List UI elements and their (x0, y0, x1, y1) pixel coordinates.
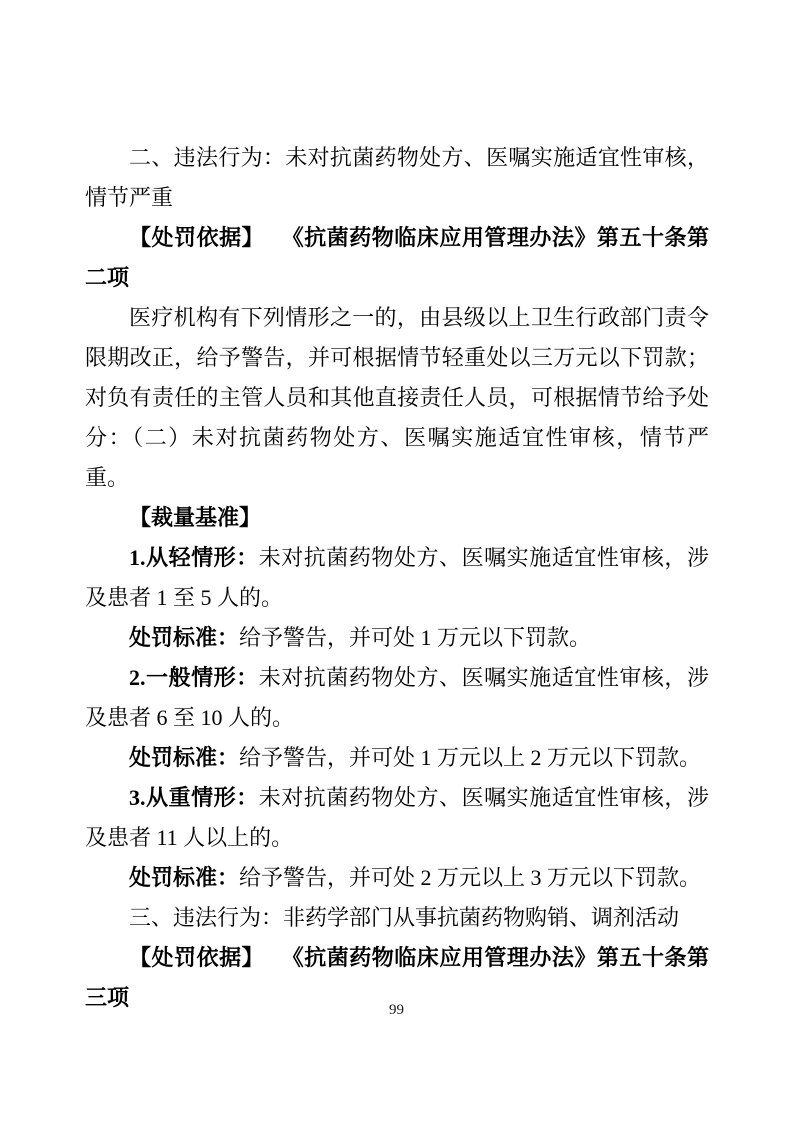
discretion-basis-label: 【裁量基准】 (129, 505, 261, 530)
penalty-standard-severe-label: 处罚标准： (129, 865, 239, 890)
severe-circumstance: 3.从重情形：未对抗菌药物处方、医嘱实施适宜性审核，涉及患者 11 人以上的。 (85, 778, 709, 858)
lenient-circumstance: 1.从轻情形：未对抗菌药物处方、医嘱实施适宜性审核，涉及患者 1 至 5 人的。 (85, 538, 709, 618)
penalty-standard-lenient-text: 给予警告，并可处 1 万元以下罚款。 (239, 625, 591, 650)
page-number: 99 (0, 1000, 793, 1020)
violation-heading-3: 三、违法行为：非药学部门从事抗菌药物购销、调剂活动 (85, 898, 709, 938)
legal-provision-body: 医疗机构有下列情形之一的，由县级以上卫生行政部门责令限期改正，给予警告，并可根据… (85, 305, 709, 490)
document-body: 二、违法行为：未对抗菌药物处方、医嘱实施适宜性审核，情节严重 【处罚依据】《抗菌… (85, 138, 709, 1018)
penalty-standard-severe-text: 给予警告，并可处 2 万元以上 3 万元以下罚款。 (239, 865, 701, 890)
penalty-standard-lenient-label: 处罚标准： (129, 625, 239, 650)
violation-heading-2: 二、违法行为：未对抗菌药物处方、医嘱实施适宜性审核，情节严重 (85, 138, 709, 218)
violation-heading-2-text: 二、违法行为：未对抗菌药物处方、医嘱实施适宜性审核，情节严重 (85, 145, 709, 210)
penalty-basis-3-label: 【处罚依据】 (129, 945, 264, 970)
violation-heading-3-text: 三、违法行为：非药学部门从事抗菌药物购销、调剂活动 (129, 905, 679, 930)
penalty-standard-severe: 处罚标准：给予警告，并可处 2 万元以上 3 万元以下罚款。 (85, 858, 709, 898)
severe-circumstance-label: 3.从重情形： (129, 785, 259, 810)
legal-provision-text: 医疗机构有下列情形之一的，由县级以上卫生行政部门责令限期改正，给予警告，并可根据… (85, 298, 709, 498)
penalty-standard-lenient: 处罚标准：给予警告，并可处 1 万元以下罚款。 (85, 618, 709, 658)
general-circumstance: 2.一般情形：未对抗菌药物处方、医嘱实施适宜性审核，涉及患者 6 至 10 人的… (85, 658, 709, 738)
penalty-basis-heading-2: 【处罚依据】《抗菌药物临床应用管理办法》第五十条第二项 (85, 218, 709, 298)
lenient-circumstance-label: 1.从轻情形： (129, 545, 259, 570)
discretion-basis-heading: 【裁量基准】 (85, 498, 709, 538)
penalty-standard-general-text: 给予警告，并可处 1 万元以上 2 万元以下罚款。 (239, 745, 701, 770)
penalty-standard-general-label: 处罚标准： (129, 745, 239, 770)
document-page: 二、违法行为：未对抗菌药物处方、医嘱实施适宜性审核，情节严重 【处罚依据】《抗菌… (0, 0, 793, 1122)
penalty-standard-general: 处罚标准：给予警告，并可处 1 万元以上 2 万元以下罚款。 (85, 738, 709, 778)
penalty-basis-2-label: 【处罚依据】 (129, 225, 264, 250)
general-circumstance-label: 2.一般情形： (129, 665, 259, 690)
